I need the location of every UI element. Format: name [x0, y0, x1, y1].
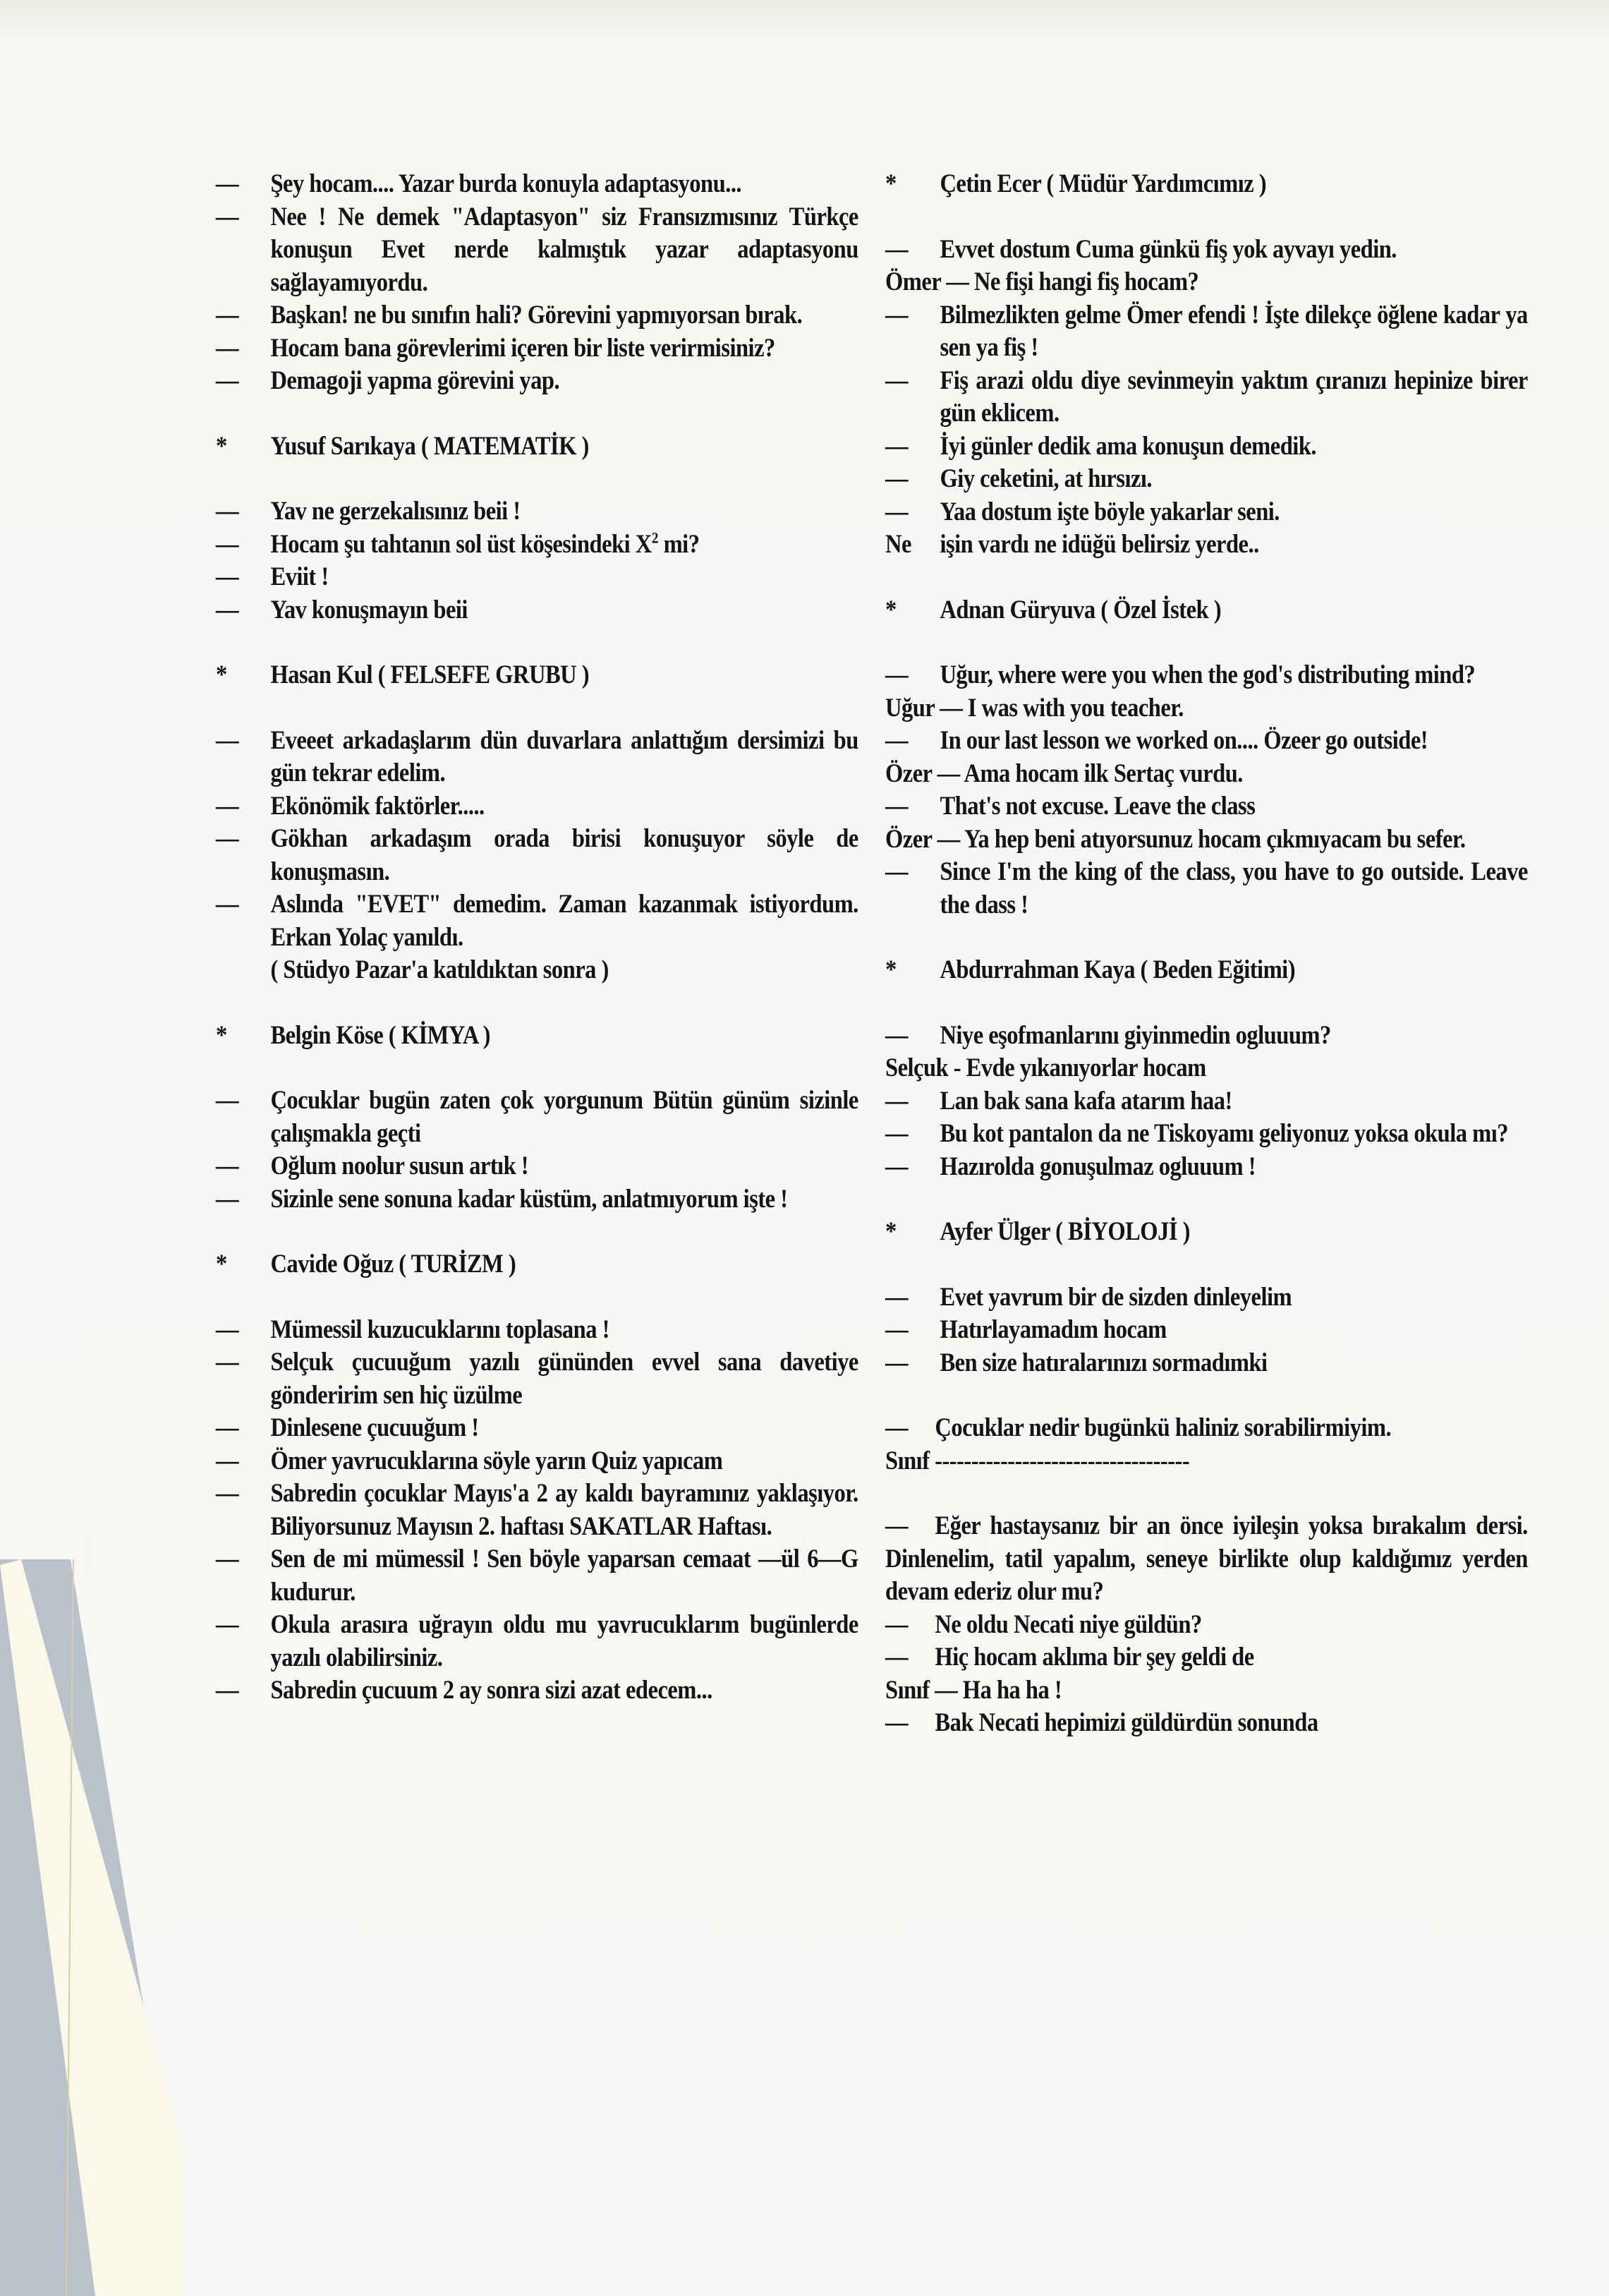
- quote-text: Hocam şu tahtanın sol üst köşesindeki X2…: [216, 528, 858, 562]
- quote-text: Sabredin çucuum 2 ay sonra sizi azat ede…: [216, 1674, 858, 1708]
- dash-bullet-icon: —: [885, 463, 935, 496]
- dash-bullet-icon: —: [216, 1084, 265, 1118]
- quote-text: Çocuklar bugün zaten çok yorgunum Bütün …: [216, 1084, 858, 1150]
- dash-bullet-icon: —: [216, 1478, 265, 1511]
- stage-note: ( Stüdyo Pazar'a katıldıktan sonra ): [216, 954, 858, 987]
- teacher-heading: *Belgin Köse ( KİMYA ): [216, 1020, 858, 1053]
- quote-text: Ömer yavrucuklarına söyle yarın Quiz yap…: [216, 1445, 858, 1478]
- quote-text: Ekönömik faktörler.....: [216, 790, 858, 823]
- note-text: ( Stüdyo Pazar'a katıldıktan sonra ): [216, 954, 858, 987]
- quote-text: Mümessil kuzucuklarını toplasana !: [216, 1314, 858, 1347]
- quote-text: Dinlesene çucuuğum !: [216, 1412, 858, 1445]
- teacher-name: Belgin Köse ( KİMYA ): [216, 1020, 858, 1053]
- rest-text: işin vardı ne idüğü belirsiz yerde..: [940, 530, 1258, 559]
- continuation-text: Neişin vardı ne idüğü belirsiz yerde..: [885, 528, 1528, 562]
- quote-line: —Nee ! Ne demek "Adaptasyon" siz Fransız…: [216, 201, 858, 300]
- quote-line: —Sen de mi mümessil ! Sen böyle yaparsan…: [216, 1543, 858, 1609]
- dash-bullet-icon: —: [216, 1445, 265, 1478]
- reply-text: Evde yıkanıyorlar hocam: [966, 1053, 1206, 1082]
- dash-bullet-icon: —: [216, 1150, 265, 1183]
- quote-line: —Since I'm the king of the class, you ha…: [885, 856, 1528, 922]
- quote-line: —Aslında "EVET" demedim. Zaman kazanmak …: [216, 888, 858, 954]
- student-reply: Sınıf — Ha ha ha !: [885, 1674, 1528, 1708]
- reply-line: Ömer — Ne fişi hangi fiş hocam?: [885, 266, 1528, 299]
- dash-bullet-icon: —: [885, 1412, 935, 1445]
- quote-line: —Evet yavrum bir de sizden dinleyelim: [885, 1281, 1528, 1315]
- dash-bullet-icon: —: [885, 1609, 935, 1642]
- dash-bullet-icon: —: [885, 365, 935, 398]
- dash-bullet-icon: —: [216, 1543, 265, 1576]
- dash-bullet-icon: —: [885, 1707, 935, 1740]
- quote-text: Gökhan arkadaşım orada birisi konuşuyor …: [216, 823, 858, 888]
- separator: -: [948, 1053, 966, 1082]
- teacher-heading: *Cavide Oğuz ( TURİZM ): [216, 1248, 858, 1281]
- separator: —: [935, 694, 968, 723]
- quote-line: —Selçuk çucuuğum yazılı gününden evvel s…: [216, 1346, 858, 1412]
- quote-text: Yav ne gerzekalısınız beii !: [216, 495, 858, 528]
- star-bullet-icon: *: [885, 954, 935, 987]
- dash-bullet-icon: —: [885, 496, 935, 529]
- quote-text: Since I'm the king of the class, you hav…: [885, 856, 1528, 922]
- quote-line: —Niye eşofmanlarını giyinmedin ogluuum?: [885, 1020, 1528, 1053]
- quote-text: Eğer hastaysanız bir an önce iyileşin yo…: [885, 1511, 1528, 1606]
- quote-line: —Yav ne gerzekalısınız beii !: [216, 495, 858, 528]
- dash-bullet-icon: —: [885, 1281, 935, 1315]
- spacer: [885, 1478, 1528, 1510]
- spacer: [885, 1379, 1528, 1412]
- teacher-name: Cavide Oğuz ( TURİZM ): [216, 1248, 858, 1281]
- dash-bullet-icon: —: [216, 299, 265, 332]
- quote-text: In our last lesson we worked on.... Özee…: [885, 725, 1528, 758]
- teacher-name: Adnan Güryuva ( Özel İstek ): [885, 594, 1528, 627]
- quote-line: —Sizinle sene sonuna kadar küstüm, anlat…: [216, 1183, 858, 1216]
- reply-text: -----------------------------------: [935, 1446, 1189, 1475]
- dash-bullet-icon: —: [216, 725, 265, 758]
- left-column: —Şey hocam.... Yazar burda konuyla adapt…: [216, 168, 858, 1708]
- reply-line: Sınıf — Ha ha ha !: [885, 1674, 1528, 1708]
- star-bullet-icon: *: [216, 430, 265, 464]
- quote-text: Aslında "EVET" demedim. Zaman kazanmak i…: [216, 888, 858, 954]
- quote-line: —Lan bak sana kafa atarım haa!: [885, 1085, 1528, 1118]
- quote-line: —Çocuklar nedir bugünkü haliniz sorabili…: [885, 1412, 1528, 1445]
- separator: —: [932, 825, 964, 854]
- teacher-heading: *Ayfer Ülger ( BİYOLOJİ ): [885, 1216, 1528, 1249]
- student-reply: Özer — Ama hocam ilk Sertaç vurdu.: [885, 758, 1528, 791]
- teacher-heading: *Abdurrahman Kaya ( Beden Eğitimi): [885, 954, 1528, 987]
- quote-text: Sen de mi mümessil ! Sen böyle yaparsan …: [216, 1543, 858, 1609]
- quote-line: —Oğlum noolur susun artık !: [216, 1150, 858, 1183]
- teacher-heading: *Yusuf Sarıkaya ( MATEMATİK ): [216, 430, 858, 464]
- teacher-heading: *Hasan Kul ( FELSEFE GRUBU ): [216, 659, 858, 692]
- quote-text: Bak Necati hepimizi güldürdün sonunda: [935, 1708, 1318, 1737]
- reply-line: Özer — Ama hocam ilk Sertaç vurdu.: [885, 758, 1528, 791]
- quote-text: Hiç hocam aklıma bir şey geldi de: [935, 1643, 1253, 1672]
- reply-text: Ama hocam ilk Sertaç vurdu.: [964, 759, 1242, 788]
- quote-text: Niye eşofmanlarını giyinmedin ogluuum?: [885, 1020, 1528, 1053]
- quote-text: Lan bak sana kafa atarım haa!: [885, 1085, 1528, 1118]
- dash-bullet-icon: —: [216, 1412, 265, 1445]
- quote-line: —Sabredin çocuklar Mayıs'a 2 ay kaldı ba…: [216, 1478, 858, 1543]
- quote-text: Bu kot pantalon da ne Tiskoyamı geliyonu…: [885, 1118, 1528, 1151]
- speaker-name: Selçuk: [885, 1053, 948, 1082]
- quote-line: —Ne oldu Necati niye güldün?: [885, 1609, 1528, 1642]
- dash-bullet-icon: —: [216, 201, 265, 234]
- quote-line: —Ben size hatıralarınızı sormadımki: [885, 1347, 1528, 1380]
- quote-line: —Hazırolda gonuşulmaz ogluuum !: [885, 1151, 1528, 1184]
- quote-line: —Hocam bana görevlerimi içeren bir liste…: [216, 332, 858, 365]
- separator: —: [941, 267, 974, 296]
- quote-line: —Bak Necati hepimizi güldürdün sonunda: [885, 1707, 1528, 1740]
- dash-bullet-icon: —: [216, 495, 265, 528]
- quote-text: Başkan! ne bu sınıfın hali? Görevini yap…: [216, 299, 858, 332]
- quote-text: Ne oldu Necati niye güldün?: [935, 1610, 1201, 1639]
- star-bullet-icon: *: [216, 1020, 265, 1053]
- dash-bullet-icon: —: [885, 1085, 935, 1118]
- quote-text: Okula arasıra uğrayın oldu mu yavrucukla…: [216, 1609, 858, 1674]
- dash-bullet-icon: —: [885, 1510, 935, 1543]
- quote-line: —In our last lesson we worked on.... Öze…: [885, 725, 1528, 758]
- dash-bullet-icon: —: [216, 790, 265, 823]
- speaker-name: Sınıf: [885, 1676, 930, 1705]
- speaker-name: Özer: [885, 825, 932, 854]
- quote-line: —Mümessil kuzucuklarını toplasana !: [216, 1314, 858, 1347]
- reply-text: Ya hep beni atıyorsunuz hocam çıkmıyacam…: [964, 825, 1465, 854]
- quote-text: Eviit !: [216, 561, 858, 594]
- quote-line: —Dinlesene çucuuğum !: [216, 1412, 858, 1445]
- teacher-name: Çetin Ecer ( Müdür Yardımcımız ): [885, 168, 1528, 201]
- dash-bullet-icon: —: [885, 1020, 935, 1053]
- separator: [930, 1446, 935, 1475]
- quote-line: —Evvet dostum Cuma günkü fiş yok ayvayı …: [885, 234, 1528, 267]
- dash-bullet-icon: —: [216, 1609, 265, 1642]
- quote-text: Yaa dostum işte böyle yakarlar seni.: [885, 496, 1528, 529]
- star-bullet-icon: *: [885, 594, 935, 627]
- dash-bullet-icon: —: [216, 594, 265, 627]
- student-reply: Sınıf ----------------------------------…: [885, 1445, 1528, 1478]
- quote-line: —That's not excuse. Leave the class: [885, 790, 1528, 823]
- quote-text: İyi günler dedik ama konuşun demedik.: [885, 430, 1528, 464]
- star-bullet-icon: *: [216, 1248, 265, 1281]
- dash-bullet-icon: —: [885, 234, 935, 267]
- quote-line: —Okula arasıra uğrayın oldu mu yavrucukl…: [216, 1609, 858, 1674]
- quote-text: Uğur, where were you when the god's dist…: [885, 659, 1528, 692]
- quote-text: Evet yavrum bir de sizden dinleyelim: [885, 1281, 1528, 1315]
- star-bullet-icon: *: [885, 1216, 935, 1249]
- quote-text: Yav konuşmayın beii: [216, 594, 858, 627]
- quote-line: —Gökhan arkadaşım orada birisi konuşuyor…: [216, 823, 858, 888]
- dash-bullet-icon: —: [216, 1674, 265, 1708]
- quote-text: Fiş arazi oldu diye sevinmeyin yaktım çı…: [885, 365, 1528, 430]
- dash-bullet-icon: —: [885, 1314, 935, 1347]
- reply-line: Uğur — I was with you teacher.: [885, 692, 1528, 725]
- quote-line: —Fiş arazi oldu diye sevinmeyin yaktım ç…: [885, 365, 1528, 430]
- quote-line: —Çocuklar bugün zaten çok yorgunum Bütün…: [216, 1084, 858, 1150]
- dash-bullet-icon: —: [885, 659, 935, 692]
- dash-bullet-icon: —: [216, 1183, 265, 1216]
- student-reply: Özer — Ya hep beni atıyorsunuz hocam çık…: [885, 823, 1528, 857]
- quote-line: —Bu kot pantalon da ne Tiskoyamı geliyon…: [885, 1118, 1528, 1151]
- quote-line: —Sabredin çucuum 2 ay sonra sizi azat ed…: [216, 1674, 858, 1708]
- dash-bullet-icon: —: [216, 332, 265, 365]
- quote-line: —Hiç hocam aklıma bir şey geldi de: [885, 1641, 1528, 1674]
- folded-paper-corner: [0, 1559, 183, 2296]
- reply-line: Sınıf ----------------------------------…: [885, 1445, 1528, 1478]
- dash-bullet-icon: —: [885, 1118, 935, 1151]
- quote-line: —Demagoji yapma görevini yap.: [216, 365, 858, 398]
- quote-text: Oğlum noolur susun artık !: [216, 1150, 858, 1183]
- quote-line: —Ömer yavrucuklarına söyle yarın Quiz ya…: [216, 1445, 858, 1478]
- dash-bullet-icon: —: [216, 1346, 265, 1379]
- quote-line: —Yaa dostum işte böyle yakarlar seni.: [885, 496, 1528, 529]
- quote-text: That's not excuse. Leave the class: [885, 790, 1528, 823]
- reply-line: Selçuk - Evde yıkanıyorlar hocam: [885, 1052, 1528, 1085]
- quote-text: Evvet dostum Cuma günkü fiş yok ayvayı y…: [885, 234, 1528, 267]
- quote-line: —Giy ceketini, at hırsızı.: [885, 463, 1528, 496]
- dash-bullet-icon: —: [216, 168, 265, 201]
- quote-line: —Ekönömik faktörler.....: [216, 790, 858, 823]
- quote-line: —Uğur, where were you when the god's dis…: [885, 659, 1528, 692]
- quote-text: Ben size hatıralarınızı sormadımki: [885, 1347, 1528, 1380]
- student-reply: Ömer — Ne fişi hangi fiş hocam?: [885, 266, 1528, 299]
- dash-bullet-icon: —: [216, 1314, 265, 1347]
- quote-text: Çocuklar nedir bugünkü haliniz sorabilir…: [935, 1413, 1391, 1442]
- speaker-name: Sınıf: [885, 1446, 930, 1475]
- quote-text: Sabredin çocuklar Mayıs'a 2 ay kaldı bay…: [216, 1478, 858, 1543]
- reply-line: Özer — Ya hep beni atıyorsunuz hocam çık…: [885, 823, 1528, 857]
- teacher-name: Ayfer Ülger ( BİYOLOJİ ): [885, 1216, 1528, 1249]
- quote-line: —Şey hocam.... Yazar burda konuyla adapt…: [216, 168, 858, 201]
- speaker-name: Ömer: [885, 267, 941, 296]
- quote-line: —Yav konuşmayın beii: [216, 594, 858, 627]
- quote-line: —Eveeet arkadaşlarım dün duvarlara anlat…: [216, 725, 858, 790]
- reply-text: I was with you teacher.: [968, 694, 1184, 723]
- superscript: 2: [652, 528, 658, 546]
- teacher-name: Abdurrahman Kaya ( Beden Eğitimi): [885, 954, 1528, 987]
- reply-text: Ha ha ha !: [963, 1676, 1062, 1705]
- lead-word: Ne: [885, 528, 940, 562]
- quote-text: Nee ! Ne demek "Adaptasyon" siz Fransızm…: [216, 201, 858, 300]
- quote-text: Bilmezlikten gelme Ömer efendi ! İşte di…: [885, 299, 1528, 365]
- scanned-page: —Şey hocam.... Yazar burda konuyla adapt…: [0, 0, 1609, 2296]
- reply-text: Ne fişi hangi fiş hocam?: [974, 267, 1198, 296]
- continuation-line: Neişin vardı ne idüğü belirsiz yerde..: [885, 528, 1528, 562]
- student-reply: Selçuk - Evde yıkanıyorlar hocam: [885, 1052, 1528, 1085]
- student-reply: Uğur — I was with you teacher.: [885, 692, 1528, 725]
- quote-text: Şey hocam.... Yazar burda konuyla adapta…: [216, 168, 858, 201]
- speaker-name: Uğur: [885, 694, 935, 723]
- dash-bullet-icon: —: [216, 561, 265, 594]
- dash-bullet-icon: —: [216, 888, 265, 922]
- teacher-heading: *Adnan Güryuva ( Özel İstek ): [885, 594, 1528, 627]
- quote-text: Hatırlayamadım hocam: [885, 1314, 1528, 1347]
- star-bullet-icon: *: [216, 659, 265, 692]
- quote-line: —Hocam şu tahtanın sol üst köşesindeki X…: [216, 528, 858, 562]
- dash-bullet-icon: —: [885, 725, 935, 758]
- teacher-name: Hasan Kul ( FELSEFE GRUBU ): [216, 659, 858, 692]
- dash-bullet-icon: —: [885, 299, 935, 332]
- speaker-name: Özer: [885, 759, 932, 788]
- quote-text: Demagoji yapma görevini yap.: [216, 365, 858, 398]
- quote-line: —Hatırlayamadım hocam: [885, 1314, 1528, 1347]
- quote-line: —Eviit !: [216, 561, 858, 594]
- quote-line: —İyi günler dedik ama konuşun demedik.: [885, 430, 1528, 464]
- right-column: *Çetin Ecer ( Müdür Yardımcımız )—Evvet …: [885, 168, 1528, 1740]
- quote-line: —Başkan! ne bu sınıfın hali? Görevini ya…: [216, 299, 858, 332]
- dash-bullet-icon: —: [885, 1347, 935, 1380]
- quote-line: —Eğer hastaysanız bir an önce iyileşin y…: [885, 1510, 1528, 1609]
- dash-bullet-icon: —: [216, 365, 265, 398]
- dash-bullet-icon: —: [885, 430, 935, 464]
- dash-bullet-icon: —: [885, 856, 935, 889]
- star-bullet-icon: *: [885, 168, 935, 201]
- quote-line: —Bilmezlikten gelme Ömer efendi ! İşte d…: [885, 299, 1528, 365]
- quote-text: Hazırolda gonuşulmaz ogluuum !: [885, 1151, 1528, 1184]
- dash-bullet-icon: —: [216, 528, 265, 562]
- dash-bullet-icon: —: [885, 1151, 935, 1184]
- quote-text: Selçuk çucuuğum yazılı gününden evvel sa…: [216, 1346, 858, 1412]
- quote-text: Sizinle sene sonuna kadar küstüm, anlatm…: [216, 1183, 858, 1216]
- dash-bullet-icon: —: [885, 1641, 935, 1674]
- dash-bullet-icon: —: [216, 823, 265, 856]
- dash-bullet-icon: —: [885, 790, 935, 823]
- quote-text: Hocam bana görevlerimi içeren bir liste …: [216, 332, 858, 365]
- teacher-heading: *Çetin Ecer ( Müdür Yardımcımız ): [885, 168, 1528, 201]
- separator: —: [930, 1676, 963, 1705]
- separator: —: [932, 759, 964, 788]
- quote-text: Eveeet arkadaşlarım dün duvarlara anlatt…: [216, 725, 858, 790]
- teacher-name: Yusuf Sarıkaya ( MATEMATİK ): [216, 430, 858, 464]
- quote-text: Giy ceketini, at hırsızı.: [885, 463, 1528, 496]
